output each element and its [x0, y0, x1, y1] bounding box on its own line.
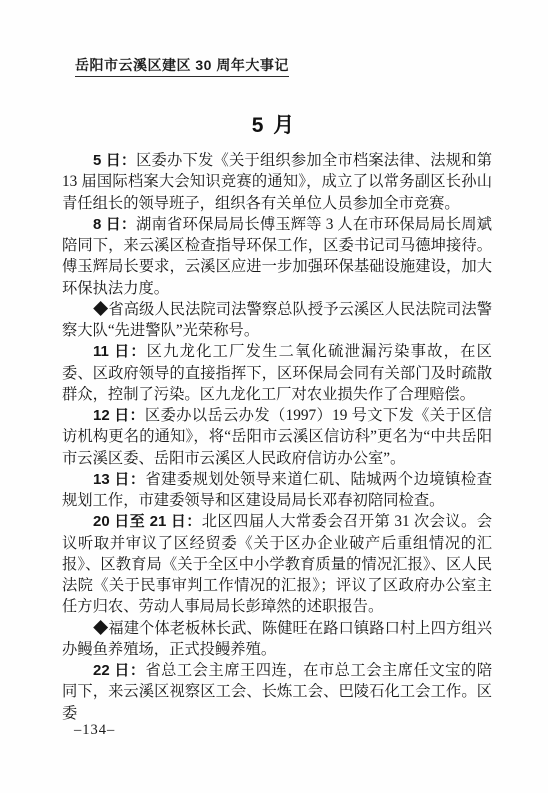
running-head-rule	[75, 76, 289, 77]
entry-date-lead: 8 日：	[93, 216, 136, 233]
dated-entry-paragraph: 8 日：湖南省环保局局长傅玉辉等 3 人在市环保局局长周斌陪同下，来云溪区检查指…	[62, 214, 492, 299]
entry-date-lead: 5 日：	[93, 152, 136, 169]
entry-text: ◆省高级人民法院司法警察总队授予云溪区人民法院司法警察大队“先进警队”光荣称号。	[62, 301, 492, 339]
entry-date-lead: 11 日：	[93, 343, 147, 360]
bullet-entry-paragraph: ◆省高级人民法院司法警察总队授予云溪区人民法院司法警察大队“先进警队”光荣称号。	[62, 299, 492, 342]
dated-entry-paragraph: 12 日：区委办以岳云办发（1997）19 号文下发《关于区信访机构更名的通知》…	[62, 405, 492, 469]
month-title: 5 月	[0, 109, 548, 139]
dated-entry-paragraph: 5 日：区委办下发《关于组织参加全市档案法律、法规和第 13 届国际档案大会知识…	[62, 150, 492, 214]
document-page: 岳阳市云溪区建区 30 周年大事记 5 月 5 日：区委办下发《关于组织参加全市…	[0, 0, 548, 793]
running-head: 岳阳市云溪区建区 30 周年大事记	[75, 55, 289, 75]
dated-entry-paragraph: 22 日：省总工会主席王四连，在市总工会主席任文宝的陪同下，来云溪区视察区工会、…	[62, 660, 492, 724]
dated-entry-paragraph: 20 日至 21 日：北区四届人大常委会召开第 31 次会议。会议听取并审议了区…	[62, 511, 492, 617]
bullet-entry-paragraph: ◆福建个体老板林长武、陈健旺在路口镇路口村上四方组兴办鳗鱼养殖场，正式投鳗养殖。	[62, 618, 492, 661]
entry-text: ◆福建个体老板林长武、陈健旺在路口镇路口村上四方组兴办鳗鱼养殖场，正式投鳗养殖。	[62, 620, 492, 658]
dated-entry-paragraph: 13 日：省建委规划处领导来道仁矶、陆城两个边境镇检查规划工作，市建委领导和区建…	[62, 469, 492, 512]
dated-entry-paragraph: 11 日：区九龙化工厂发生二氧化硫泄漏污染事故，在区委、区政府领导的直接指挥下，…	[62, 341, 492, 405]
entry-date-lead: 20 日至 21 日：	[93, 513, 202, 530]
entry-date-lead: 22 日：	[93, 662, 145, 679]
entry-date-lead: 13 日：	[93, 471, 145, 488]
body-text: 5 日：区委办下发《关于组织参加全市档案法律、法规和第 13 届国际档案大会知识…	[62, 150, 492, 724]
page-number: –134–	[74, 722, 115, 739]
entry-date-lead: 12 日：	[93, 407, 145, 424]
